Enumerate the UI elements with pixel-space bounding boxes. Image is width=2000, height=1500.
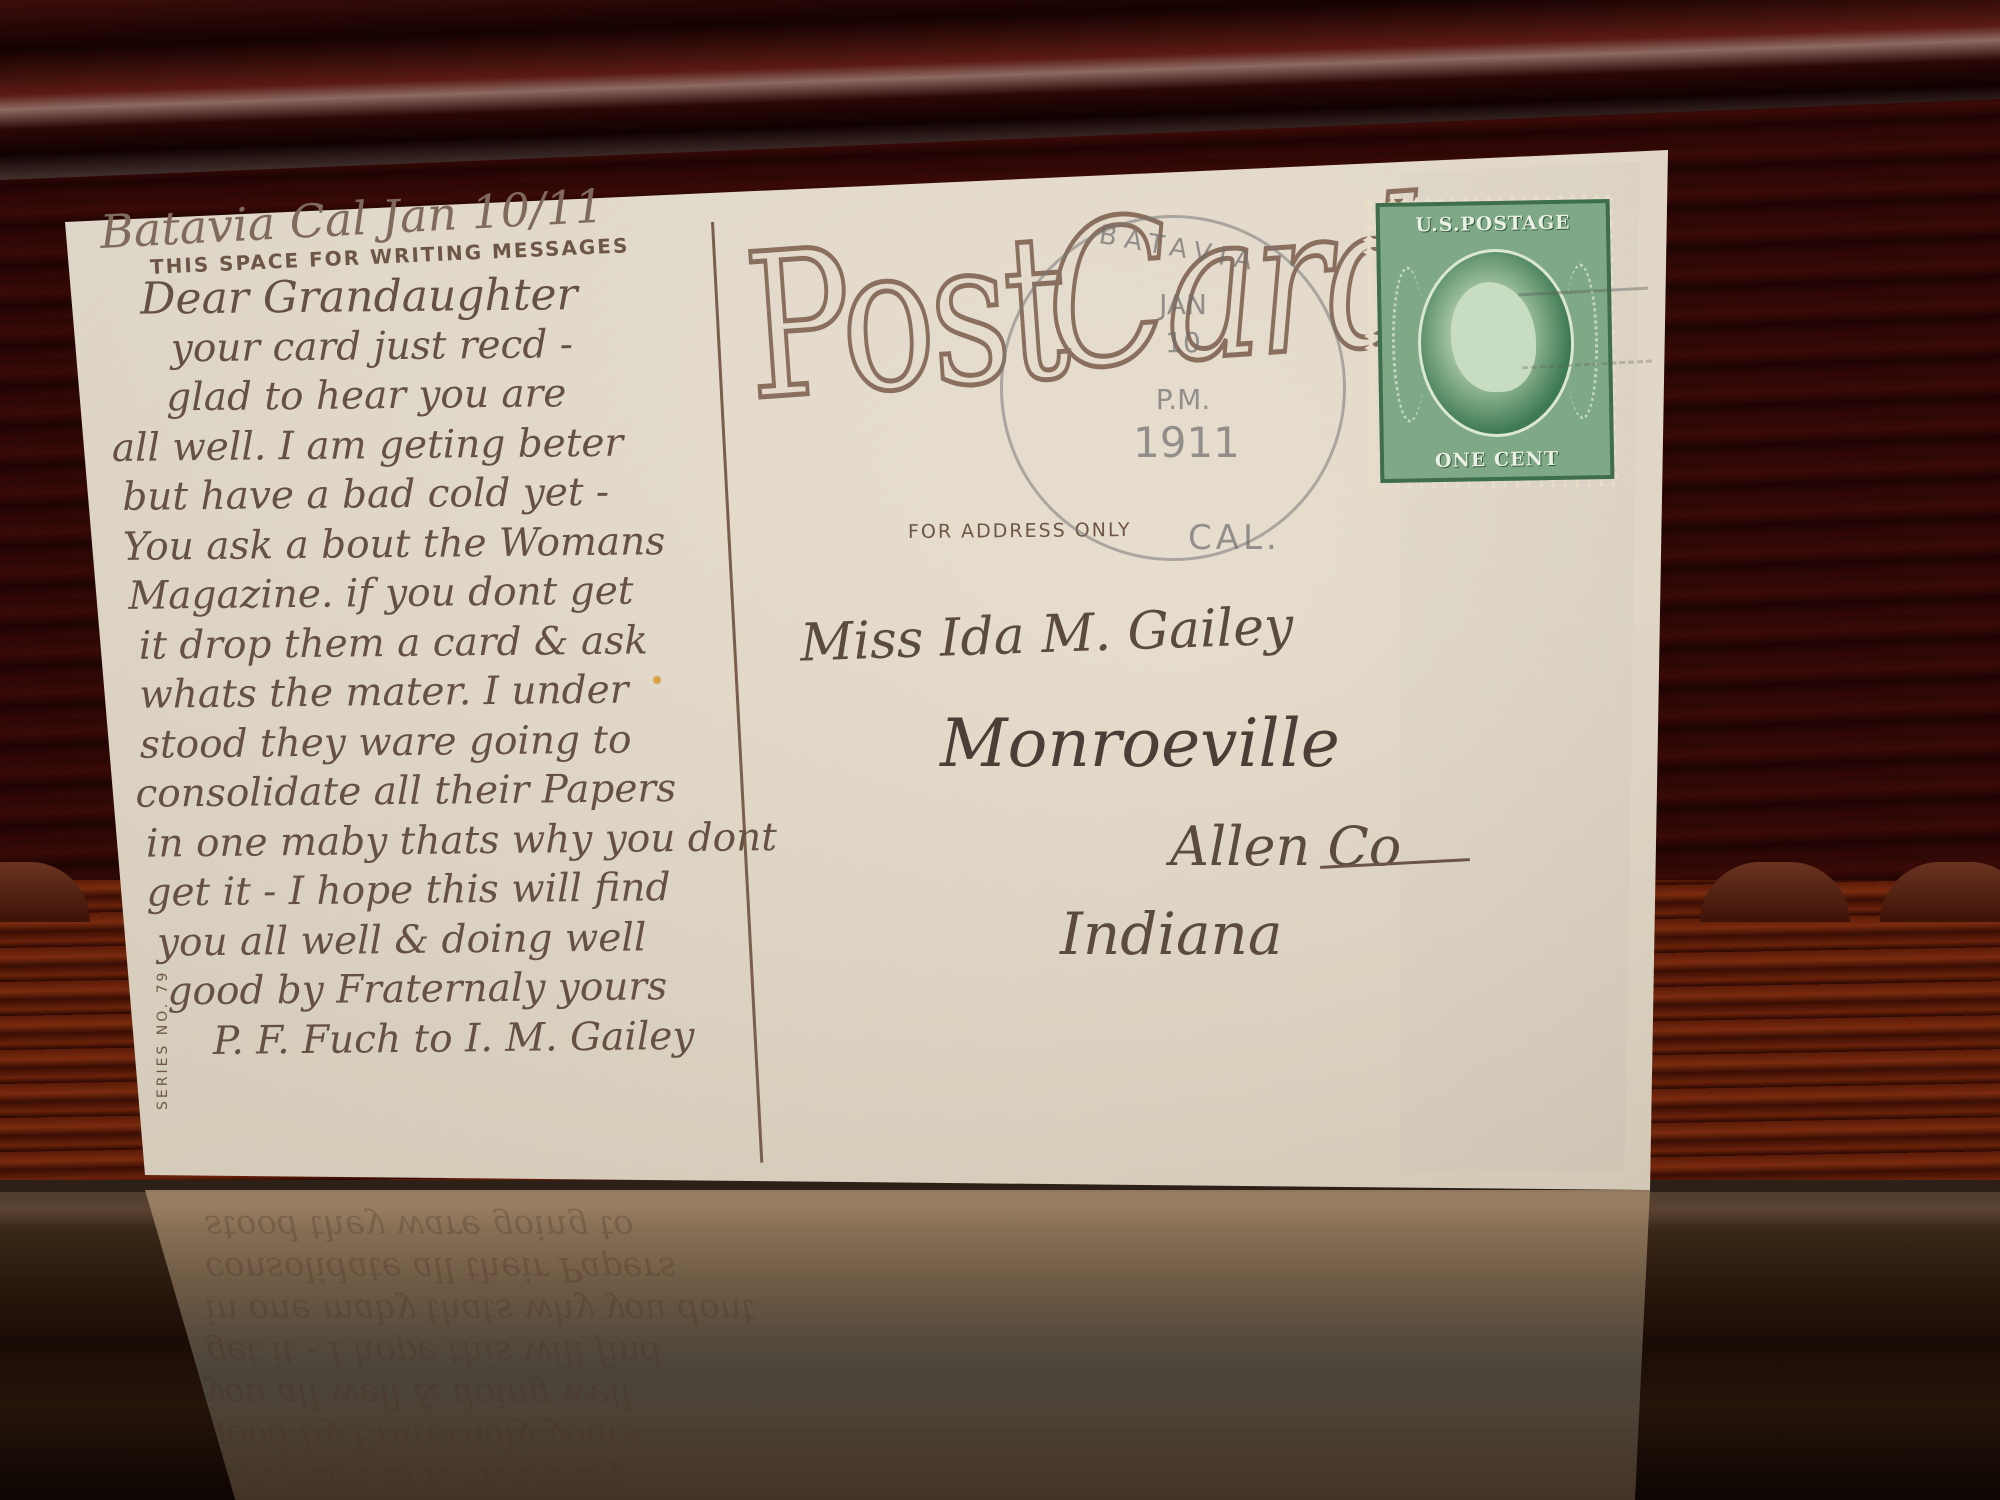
reflection-text: P. F. Fuch to I. M. Gailey good by Frate… [205,1200,1605,1500]
shelf-rail [0,880,2000,1190]
postcard-reflection: P. F. Fuch to I. M. Gailey good by Frate… [145,1190,1650,1500]
